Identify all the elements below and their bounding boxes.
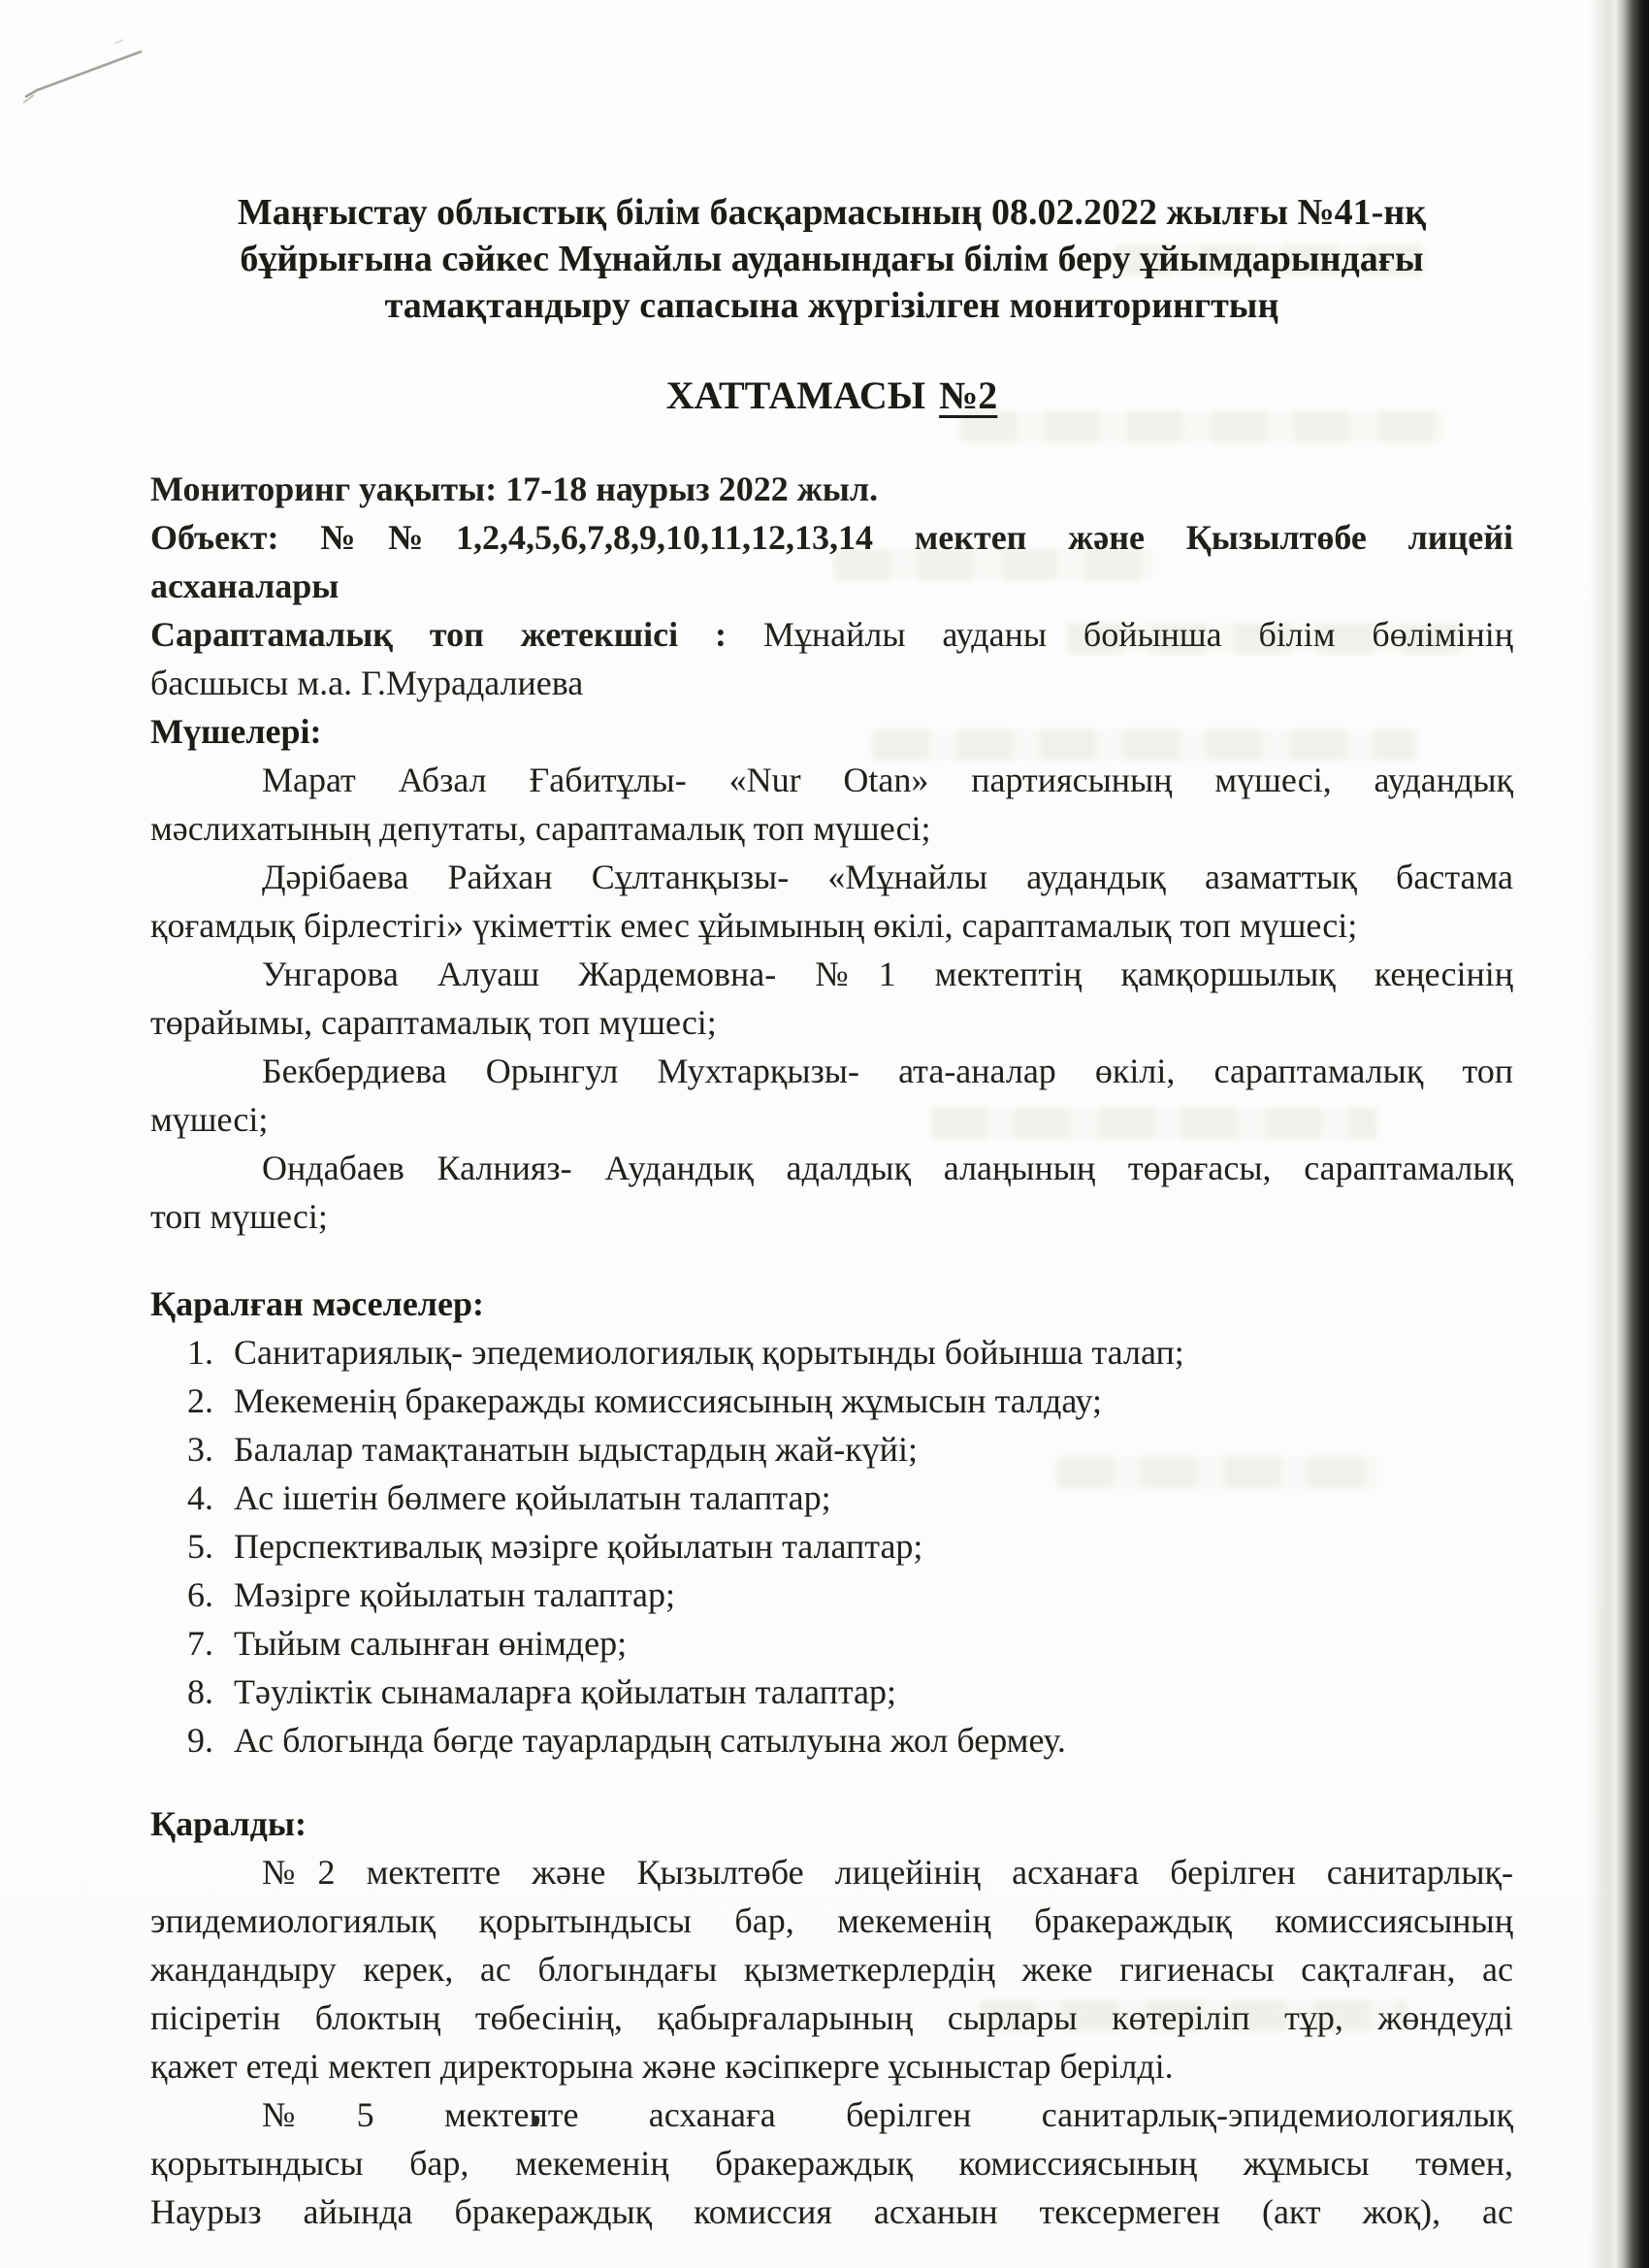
agenda-item-text: Балалар тамақтанатын ыдыстардың жай-күйі…: [234, 1430, 918, 1469]
agenda-item-text: Мекеменің бракеражды комиссиясының жұмыс…: [234, 1381, 1102, 1420]
agenda-item-number: 1.: [187, 1328, 234, 1377]
pen-scribble-mark: [21, 37, 157, 110]
agenda-item: 4.Ас ішетін бөлмеге қойылатын талаптар;: [150, 1474, 1513, 1522]
agenda-item-number: 8.: [187, 1668, 234, 1716]
agenda-item-number: 7.: [187, 1619, 234, 1668]
agenda-item: 6.Мәзірге қойылатын талаптар;: [150, 1571, 1513, 1619]
agenda-item-text: Мәзірге қойылатын талаптар;: [234, 1575, 675, 1614]
body-paragraph-line: пісіретін блоктың төбесінің, қабырғалары…: [150, 1993, 1513, 2042]
expert-group-line-2: басшысы м.а. Г.Мурадалиева: [150, 659, 1513, 707]
member-line: төрайымы, сараптамалық топ мүшесі;: [150, 998, 1513, 1047]
considered-heading: Қаралған мәселелер:: [150, 1280, 1513, 1328]
agenda-item-number: 2.: [187, 1377, 234, 1425]
expert-group-line-1: Сараптамалық топ жетекшісі : Мұнайлы ауд…: [150, 610, 1513, 659]
body-paragraph-line: эпидемиологиялық қорытындысы бар, мекеме…: [150, 1896, 1513, 1945]
agenda-item-text: Ас ішетін бөлмеге қойылатын талаптар;: [234, 1478, 831, 1517]
agenda-item: 9.Ас блогында бөгде тауарлардың сатылуын…: [150, 1716, 1513, 1765]
document-content: Маңғыстау облыстық білім басқармасының 0…: [150, 189, 1513, 2236]
protocol-title: ХАТТАМАСЫ: [666, 373, 925, 417]
member-line: мәслихатының депутаты, сараптамалық топ …: [150, 804, 1513, 853]
monitoring-period-line: Мониторинг уақыты: 17-18 наурыз 2022 жыл…: [150, 465, 1513, 513]
agenda-item-number: 4.: [187, 1474, 234, 1522]
agenda-item: 7.Тыйым салынған өнімдер;: [150, 1619, 1513, 1668]
member-line: Унгарова Алуаш Жардемовна- №1 мектептің …: [150, 950, 1513, 998]
body-paragraph-line: Наурыз айында бракераждық комиссия асхан…: [150, 2187, 1513, 2236]
member-line: Бекбердиева Орынгул Мухтарқызы- ата-анал…: [150, 1047, 1513, 1095]
agenda-item: 5.Перспективалық мәзірге қойылатын талап…: [150, 1522, 1513, 1571]
scanned-document-page: Маңғыстау облыстық білім басқармасының 0…: [0, 0, 1649, 2268]
members-heading: Мүшелері:: [150, 707, 1513, 756]
agenda-item-number: 6.: [187, 1571, 234, 1619]
document-header: Маңғыстау облыстық білім басқармасының 0…: [150, 189, 1513, 329]
agenda-item-number: 9.: [187, 1716, 234, 1765]
header-line: бұйрығына сәйкес Мұнайлы ауданындағы біл…: [150, 236, 1513, 282]
agenda-item: 1.Санитариялық- эпедемиологиялық қорытын…: [150, 1328, 1513, 1377]
agenda-item-number: 5.: [187, 1522, 234, 1571]
member-line: мүшесі;: [150, 1095, 1513, 1144]
object-line-2: асханалары: [150, 562, 1513, 610]
agenda-item: 8.Тәуліктік сынамаларға қойылатын талапт…: [150, 1668, 1513, 1716]
member-line: Марат Абзал Ғабитұлы- «Nur Otan» партияс…: [150, 756, 1513, 804]
agenda-item-text: Перспективалық мәзірге қойылатын талапта…: [234, 1527, 922, 1566]
scan-edge-shadow: [1589, 0, 1649, 2268]
expert-group-value: Мұнайлы ауданы бойынша білім бөлімінің: [763, 615, 1513, 654]
member-line: Ондабаев Калнияз- Аудандық адалдық алаңы…: [150, 1144, 1513, 1192]
member-line: қоғамдық бірлестігі» үкіметтік емес ұйым…: [150, 901, 1513, 950]
agenda-item: 2.Мекеменің бракеражды комиссиясының жұм…: [150, 1377, 1513, 1425]
agenda-item-text: Тәуліктік сынамаларға қойылатын талаптар…: [234, 1672, 896, 1711]
agenda-item-text: Санитариялық- эпедемиологиялық қорытынды…: [234, 1333, 1184, 1372]
protocol-number: №2: [939, 373, 997, 417]
header-line: тамақтандыру сапасына жүргізілген монито…: [150, 282, 1513, 329]
member-line: топ мүшесі;: [150, 1192, 1513, 1241]
body-paragraph-line: №5 мектепте асханаға берілген санитарлық…: [150, 2090, 1513, 2139]
object-line-1: Объект: №№1,2,4,5,6,7,8,9,10,11,12,13,14…: [150, 513, 1513, 562]
header-line: Маңғыстау облыстық білім басқармасының 0…: [150, 189, 1513, 236]
agenda-item-text: Ас блогында бөгде тауарлардың сатылуына …: [234, 1721, 1066, 1760]
agenda-item-text: Тыйым салынған өнімдер;: [234, 1624, 627, 1663]
agenda-item: 3.Балалар тамақтанатын ыдыстардың жай-кү…: [150, 1425, 1513, 1474]
body-paragraph-line: қорытындысы бар, мекеменің бракераждық к…: [150, 2139, 1513, 2187]
agenda-item-number: 3.: [187, 1425, 234, 1474]
body-paragraph-line: №2 мектепте және Қызылтөбе лицейінің асх…: [150, 1848, 1513, 1896]
body-paragraph-line: жандандыру керек, ас блогындағы қызметке…: [150, 1945, 1513, 1993]
body-paragraph-line: қажет етеді мектеп директорына және кәсі…: [150, 2042, 1513, 2090]
expert-group-label: Сараптамалық топ жетекшісі :: [150, 615, 727, 654]
protocol-title-line: ХАТТАМАСЫ№2: [150, 372, 1513, 420]
reviewed-heading: Қаралды:: [150, 1799, 1513, 1848]
member-line: Дәрібаева Райхан Сұлтанқызы- «Мұнайлы ау…: [150, 853, 1513, 901]
